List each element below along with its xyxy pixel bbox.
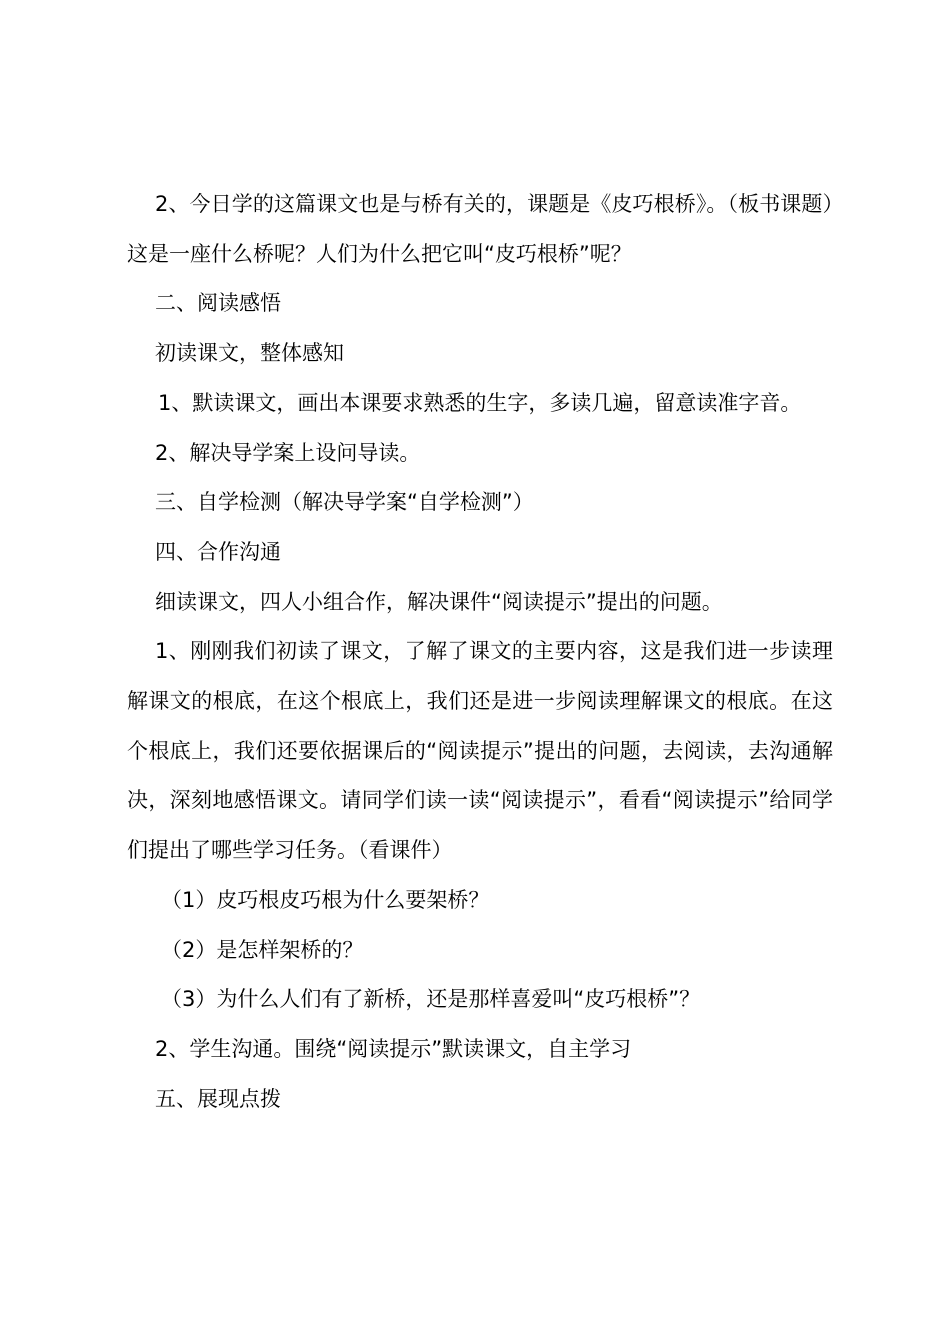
- section-heading-reading-insight: 二、阅读感悟: [127, 279, 833, 329]
- question-item-1: （1）皮巧根皮巧根为什么要架桥？: [127, 876, 833, 926]
- section-heading-self-check: 三、自学检测（解决导学案“自学检测”）: [127, 478, 833, 528]
- section-heading-cooperation: 四、合作沟通: [127, 528, 833, 578]
- paragraph-lesson-title-intro: 2、今日学的这篇课文也是与桥有关的，课题是《皮巧根桥》。（板书课题）这是一座什么…: [127, 180, 833, 279]
- document-body: 2、今日学的这篇课文也是与桥有关的，课题是《皮巧根桥》。（板书课题）这是一座什么…: [127, 180, 833, 1124]
- paragraph-reading-tips-intro: 1、刚刚我们初读了课文，了解了课文的主要内容，这是我们进一步读理解课文的根底，在…: [127, 627, 833, 876]
- section-heading-presentation: 五、展现点拨: [127, 1075, 833, 1125]
- subheading-first-reading: 初读课文，整体感知: [127, 329, 833, 379]
- question-item-3: （3）为什么人们有了新桥，还是那样喜爱叫“皮巧根桥”？: [127, 975, 833, 1025]
- paragraph-student-communication: 2、学生沟通。围绕“阅读提示”默读课文，自主学习: [127, 1025, 833, 1075]
- paragraph-silent-reading: 1、默读课文，画出本课要求熟悉的生字，多读几遍，留意读准字音。: [127, 379, 833, 429]
- document-page: 2、今日学的这篇课文也是与桥有关的，课题是《皮巧根桥》。（板书课题）这是一座什么…: [0, 0, 950, 1344]
- paragraph-group-work: 细读课文，四人小组合作，解决课件“阅读提示”提出的问题。: [127, 578, 833, 628]
- paragraph-guided-questions: 2、解决导学案上设问导读。: [127, 429, 833, 479]
- question-item-2: （2）是怎样架桥的？: [127, 926, 833, 976]
